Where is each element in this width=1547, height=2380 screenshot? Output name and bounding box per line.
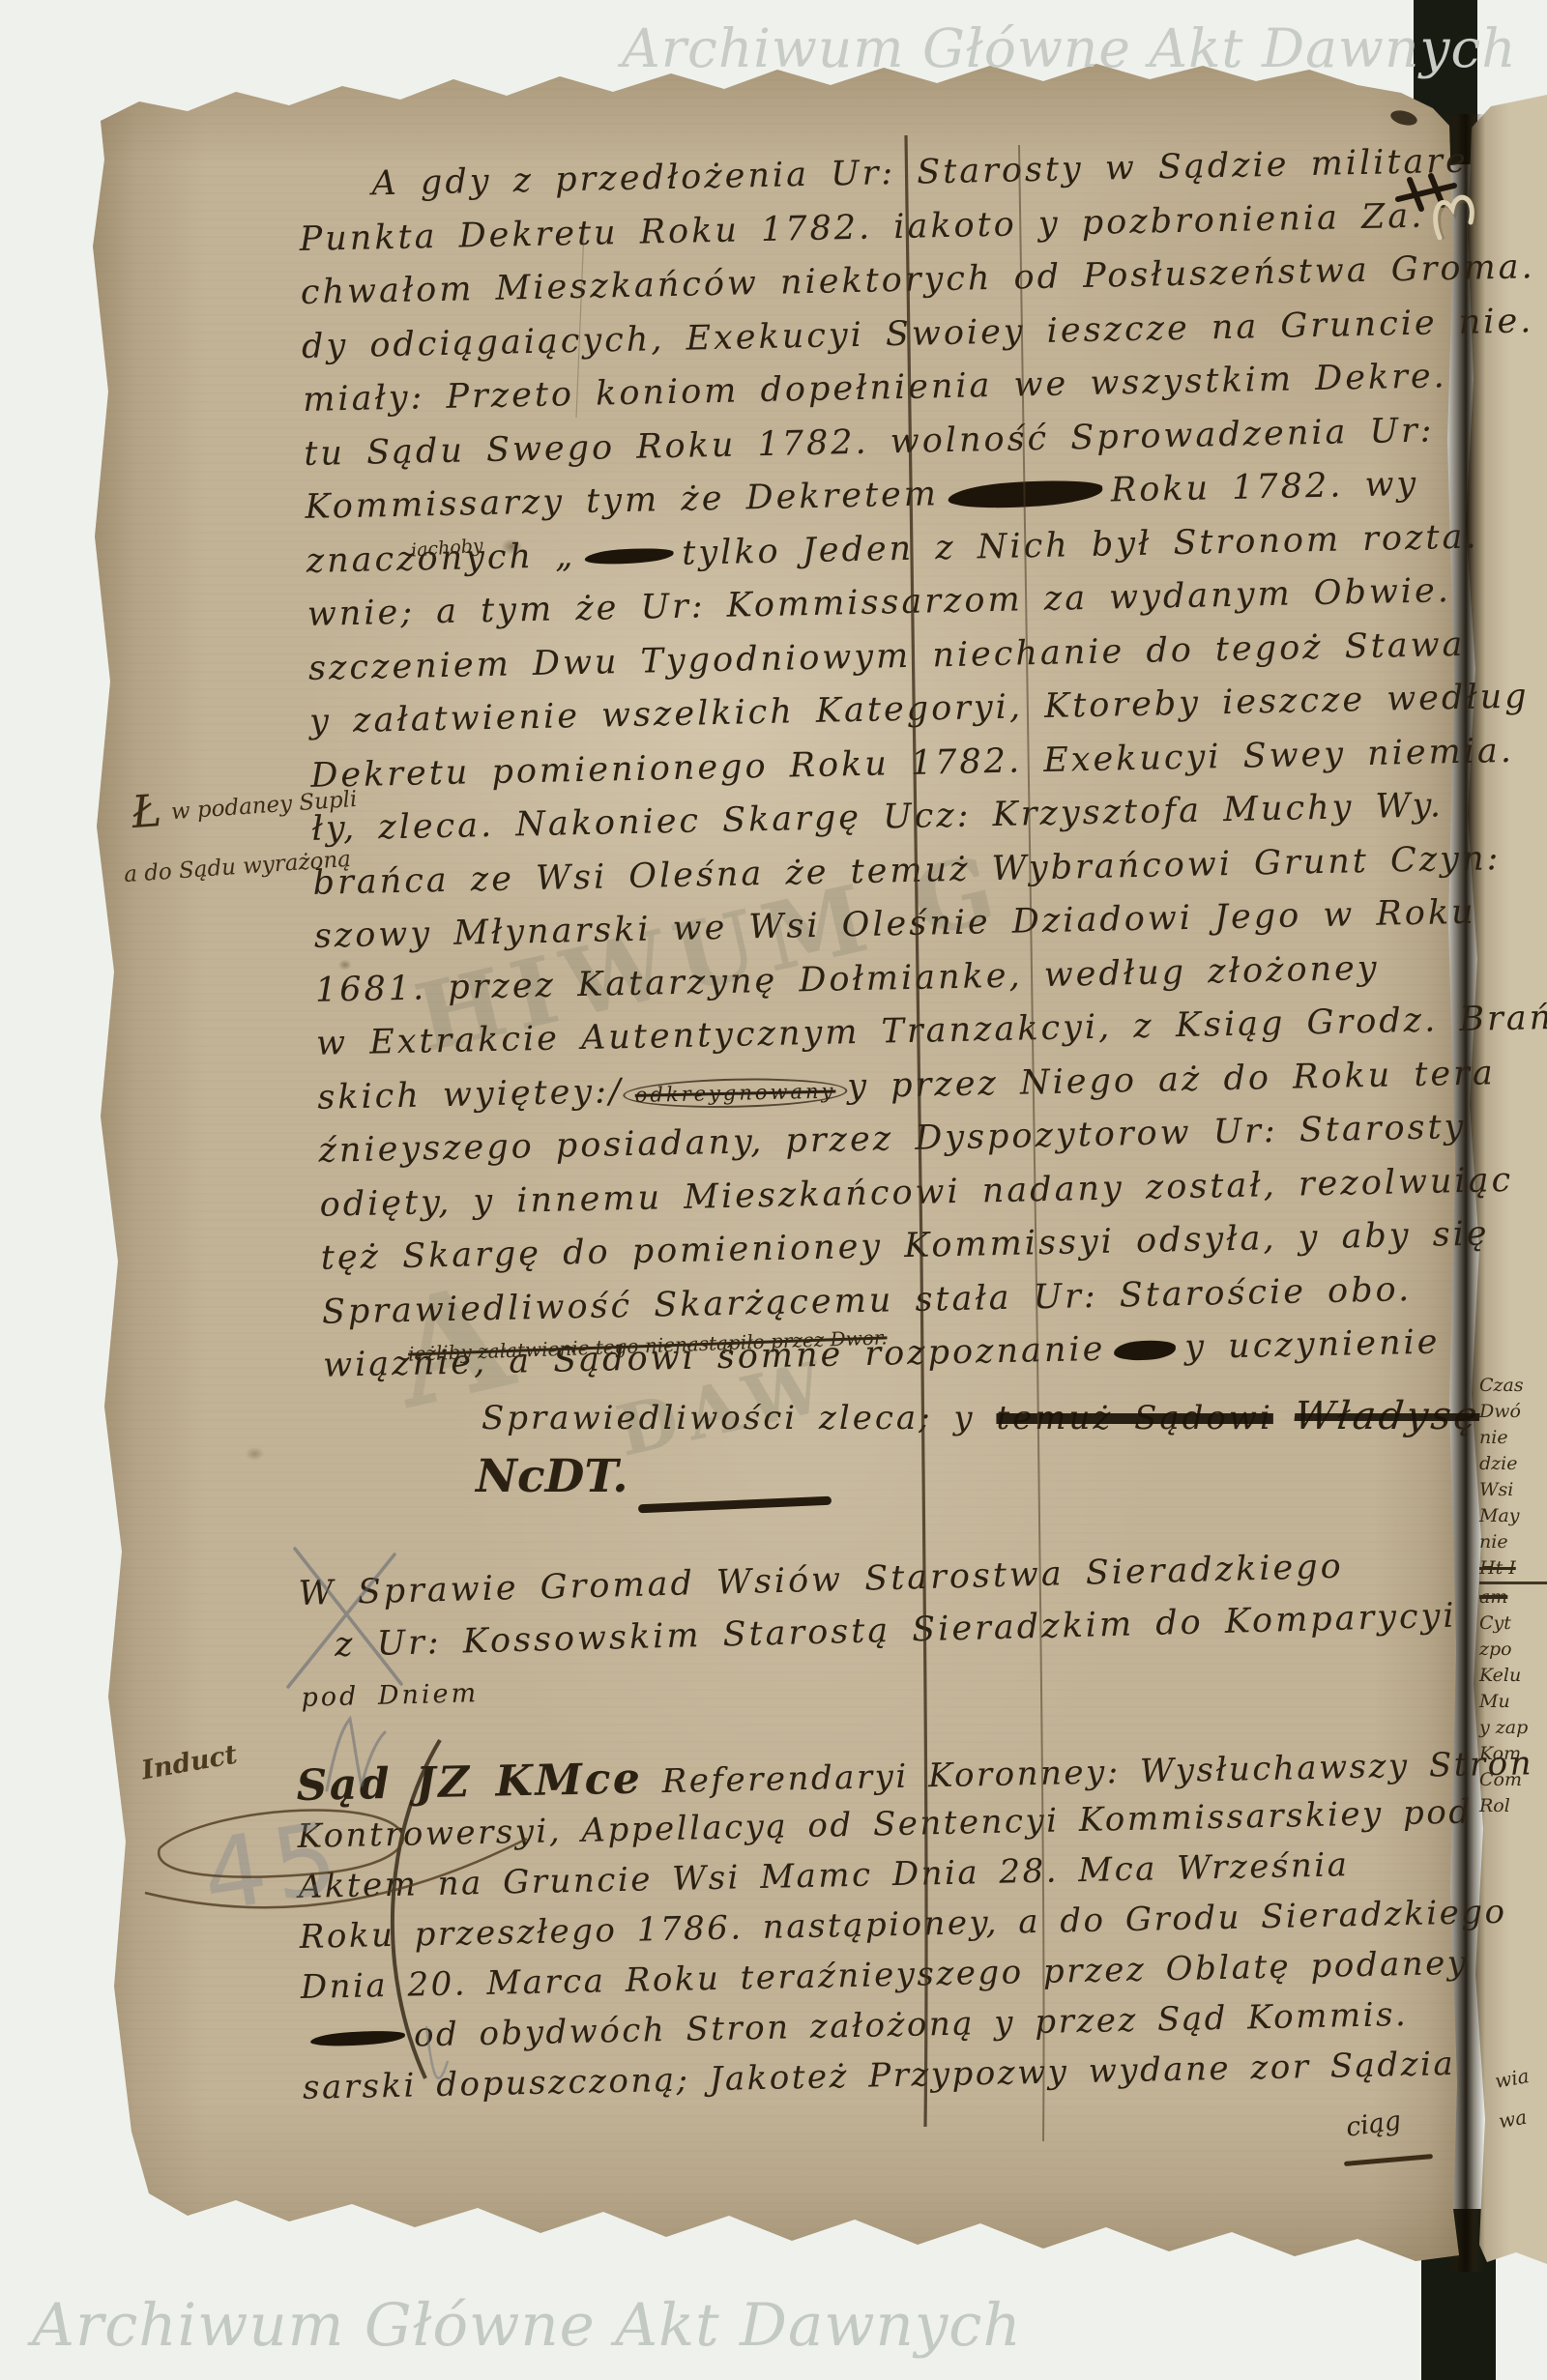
facing-page-text-fragment: y zap xyxy=(1479,1715,1547,1741)
struck-word: Władysę xyxy=(1292,1394,1481,1438)
facing-page-text-fragment-struck: am xyxy=(1479,1584,1547,1611)
text-line-segment: tylko Jeden z Nich był Stronom rozta. xyxy=(682,517,1479,572)
main-text-block: A gdy z przedłożenia Ur: Starosty w Sądz… xyxy=(298,133,1547,1393)
text-line-segment: Kommissarzy tym że Dekretem xyxy=(305,475,939,527)
facing-page-text: Czas Dwó nie dzie Wsi May nie Ht I am Cy… xyxy=(1479,1373,1547,1819)
facing-page-text-fragment: Kom xyxy=(1479,1741,1547,1767)
facing-page-text-fragment: Wsi xyxy=(1479,1477,1547,1503)
text-line-segment: y przez Niego aż do Roku tera xyxy=(847,1054,1496,1106)
facing-page-text-fragment: nie xyxy=(1479,1425,1547,1451)
facing-page-text-fragment: May xyxy=(1479,1503,1547,1529)
pencil-number: 45 xyxy=(195,1799,353,1934)
ink-blot xyxy=(1114,1339,1177,1362)
facing-page-text-fragment: Dwó xyxy=(1479,1399,1547,1425)
margin-note-mark: Ł xyxy=(130,784,162,838)
facing-page-text-fragment-struck: Ht I xyxy=(1479,1555,1547,1584)
facing-page-text-fragment: Kelu xyxy=(1479,1663,1547,1689)
ink-blot xyxy=(310,2029,406,2047)
facing-page-text-fragment: Com xyxy=(1479,1767,1547,1793)
facing-page-text-fragment: Cyt xyxy=(1479,1611,1547,1637)
text-line-segment: pod Dniem xyxy=(301,1678,479,1713)
ink-blot xyxy=(947,477,1102,510)
text-line-segment: y uczynienie xyxy=(1184,1323,1441,1368)
facing-page-text-fragment: Rol xyxy=(1479,1793,1547,1819)
ink-blot xyxy=(584,546,674,566)
signature-monogram: NcDT. xyxy=(476,1450,628,1503)
struck-word: odkreygnowany xyxy=(623,1076,847,1110)
facing-page-text-fragment: wa xyxy=(1497,2105,1529,2133)
facing-page-text-fragment: Czas xyxy=(1479,1373,1547,1399)
text-line-segment: Roku 1782. wy xyxy=(1110,465,1418,510)
text-line: Sprawiedliwości zleca; y temuż Sądowi Wł… xyxy=(482,1394,1479,1438)
facing-page-text-fragment: Mu xyxy=(1479,1689,1547,1715)
facing-page-text-fragment: zpo xyxy=(1479,1637,1547,1663)
archive-watermark-top: Archiwum Główne Akt Dawnych xyxy=(622,17,1517,79)
text-line-segment: Sąd JZ KMce xyxy=(296,1755,643,1811)
text-line-segment: skich wyiętey:/ xyxy=(317,1072,624,1117)
facing-page-text-fragment: nie xyxy=(1479,1529,1547,1555)
facing-page-text-fragment: dzie xyxy=(1479,1451,1547,1477)
scanned-manuscript: HIWUM G A DAW A gdy z przedłożenia Ur: S… xyxy=(0,0,1547,2380)
text-line-segment: Sprawiedliwości zleca; y xyxy=(482,1399,976,1437)
archive-watermark-bottom: Archiwum Główne Akt Dawnych xyxy=(32,2291,1022,2360)
case-heading-block: W Sprawie Gromad Wsiów Starostwa Sieradz… xyxy=(298,1538,1459,1725)
decree-block: Sąd JZ KMce Referendaryi Koronney: Wysłu… xyxy=(296,1735,1540,2113)
struck-word: temuż Sądowi xyxy=(996,1399,1272,1437)
